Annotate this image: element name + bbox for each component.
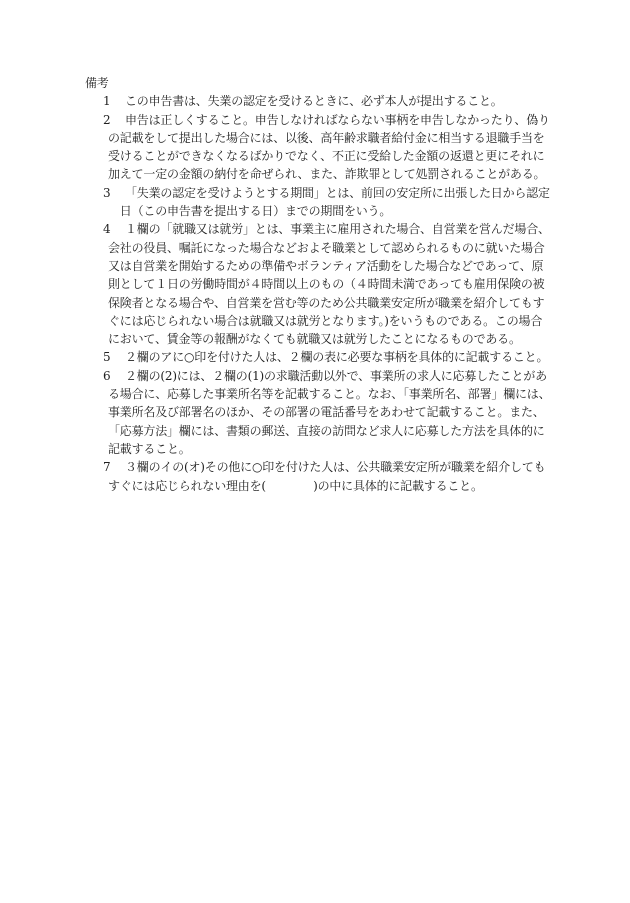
note-item-first-line: 4１欄の「就職又は就労」とは、事業主に雇用された場合、自営業を営んだ場合、 [0,220,630,238]
note-line: 保険者となる場合や、自営業を営む等のため公共職業安定所が職業を紹介してもす [0,294,630,312]
note-item-first-line: 1この申告書は、失業の認定を受けるときに、必ず本人が提出すること。 [0,92,630,110]
note-line: 記載すること。 [0,440,630,458]
item-number: 1 [103,92,125,110]
note-line: １欄の「就職又は就労」とは、事業主に雇用された場合、自営業を営んだ場合、 [125,222,550,236]
item-number: 4 [103,220,125,238]
note-item-first-line: 3「失業の認定を受けようとする期間」とは、前回の安定所に出張した日から認定 [0,184,630,202]
note-line: の記載をして提出した場合には、以後、高年齢求職者給付金に相当する退職手当を [0,129,630,147]
note-line: 加えて一定の金額の納付を命ぜられ、また、詐欺罪として処罰されることがある。 [0,165,630,183]
note-item-first-line: 2申告は正しくすること。申告しなければならない事柄を申告しなかったり、偽り [0,111,630,129]
note-line: この申告書は、失業の認定を受けるときに、必ず本人が提出すること。 [125,94,503,108]
item-number: 6 [103,367,125,385]
item-number: 2 [103,111,125,129]
note-line: 則として１日の労働時間が４時間以上のもの（４時間未満であっても雇用保険の被 [0,275,630,293]
note-line: ３欄のイの(オ)その他に○印を付けた人は、公共職業安定所が職業を紹介しても [125,460,545,474]
note-line: 「応募方法」欄には、書類の郵送、直接の訪問など求人に応募した方法を具体的に [0,422,630,440]
note-line: ぐには応じられない場合は就職又は就労となります。)をいうものである。この場合 [0,312,630,330]
item-number: 7 [103,458,125,476]
item-number: 3 [103,184,125,202]
note-item-5: 5２欄のアに○印を付けた人は、２欄の表に必要な事柄を具体的に記載すること。 [0,348,630,366]
note-item-3: 3「失業の認定を受けようとする期間」とは、前回の安定所に出張した日から認定 日（… [0,184,630,221]
note-item-6: 6２欄の(2)には、２欄の(1)の求職活動以外で、事業所の求人に応募したことがあ… [0,367,630,458]
note-line: において、賃金等の報酬がなくても就職又は就労したことになるものである。 [0,330,630,348]
notes-section: 備考 1この申告書は、失業の認定を受けるときに、必ず本人が提出すること。 2申告… [0,74,630,495]
note-line: 事業所名及び部署名のほか、その部署の電話番号をあわせて記載すること。また、 [0,403,630,421]
note-item-first-line: 6２欄の(2)には、２欄の(1)の求職活動以外で、事業所の求人に応募したことがあ [0,367,630,385]
note-line: すぐには応じられない理由を( )の中に具体的に記載すること。 [0,477,630,495]
notes-title: 備考 [0,74,630,92]
note-item-7: 7３欄のイの(オ)その他に○印を付けた人は、公共職業安定所が職業を紹介しても す… [0,458,630,495]
note-line: る場合に、応募した事業所名等を記載すること。なお、「事業所名、部署」欄には、 [0,385,630,403]
note-line: 会社の役員、嘱託になった場合などおよそ職業として認められるものに就いた場合 [0,239,630,257]
note-line: ２欄の(2)には、２欄の(1)の求職活動以外で、事業所の求人に応募したことがあ [125,369,547,383]
item-number: 5 [103,348,125,366]
note-item-first-line: 7３欄のイの(オ)その他に○印を付けた人は、公共職業安定所が職業を紹介しても [0,458,630,476]
note-item-first-line: 5２欄のアに○印を付けた人は、２欄の表に必要な事柄を具体的に記載すること。 [0,348,630,366]
document-page: 備考 1この申告書は、失業の認定を受けるときに、必ず本人が提出すること。 2申告… [0,0,630,903]
note-line: ２欄のアに○印を付けた人は、２欄の表に必要な事柄を具体的に記載すること。 [125,350,548,364]
note-item-2: 2申告は正しくすること。申告しなければならない事柄を申告しなかったり、偽り の記… [0,111,630,184]
note-line: 申告は正しくすること。申告しなければならない事柄を申告しなかったり、偽り [125,113,550,127]
note-line: 受けることができなくなるばかりでなく、不正に受給した金額の返還と更にそれに [0,147,630,165]
note-line: 又は自営業を開始するための準備やボランティア活動をした場合などであって、原 [0,257,630,275]
note-item-1: 1この申告書は、失業の認定を受けるときに、必ず本人が提出すること。 [0,92,630,110]
note-line: 「失業の認定を受けようとする期間」とは、前回の安定所に出張した日から認定 [125,186,550,200]
note-line: 日（この申告書を提出する日）までの期間をいう。 [0,202,630,220]
note-item-4: 4１欄の「就職又は就労」とは、事業主に雇用された場合、自営業を営んだ場合、 会社… [0,220,630,348]
